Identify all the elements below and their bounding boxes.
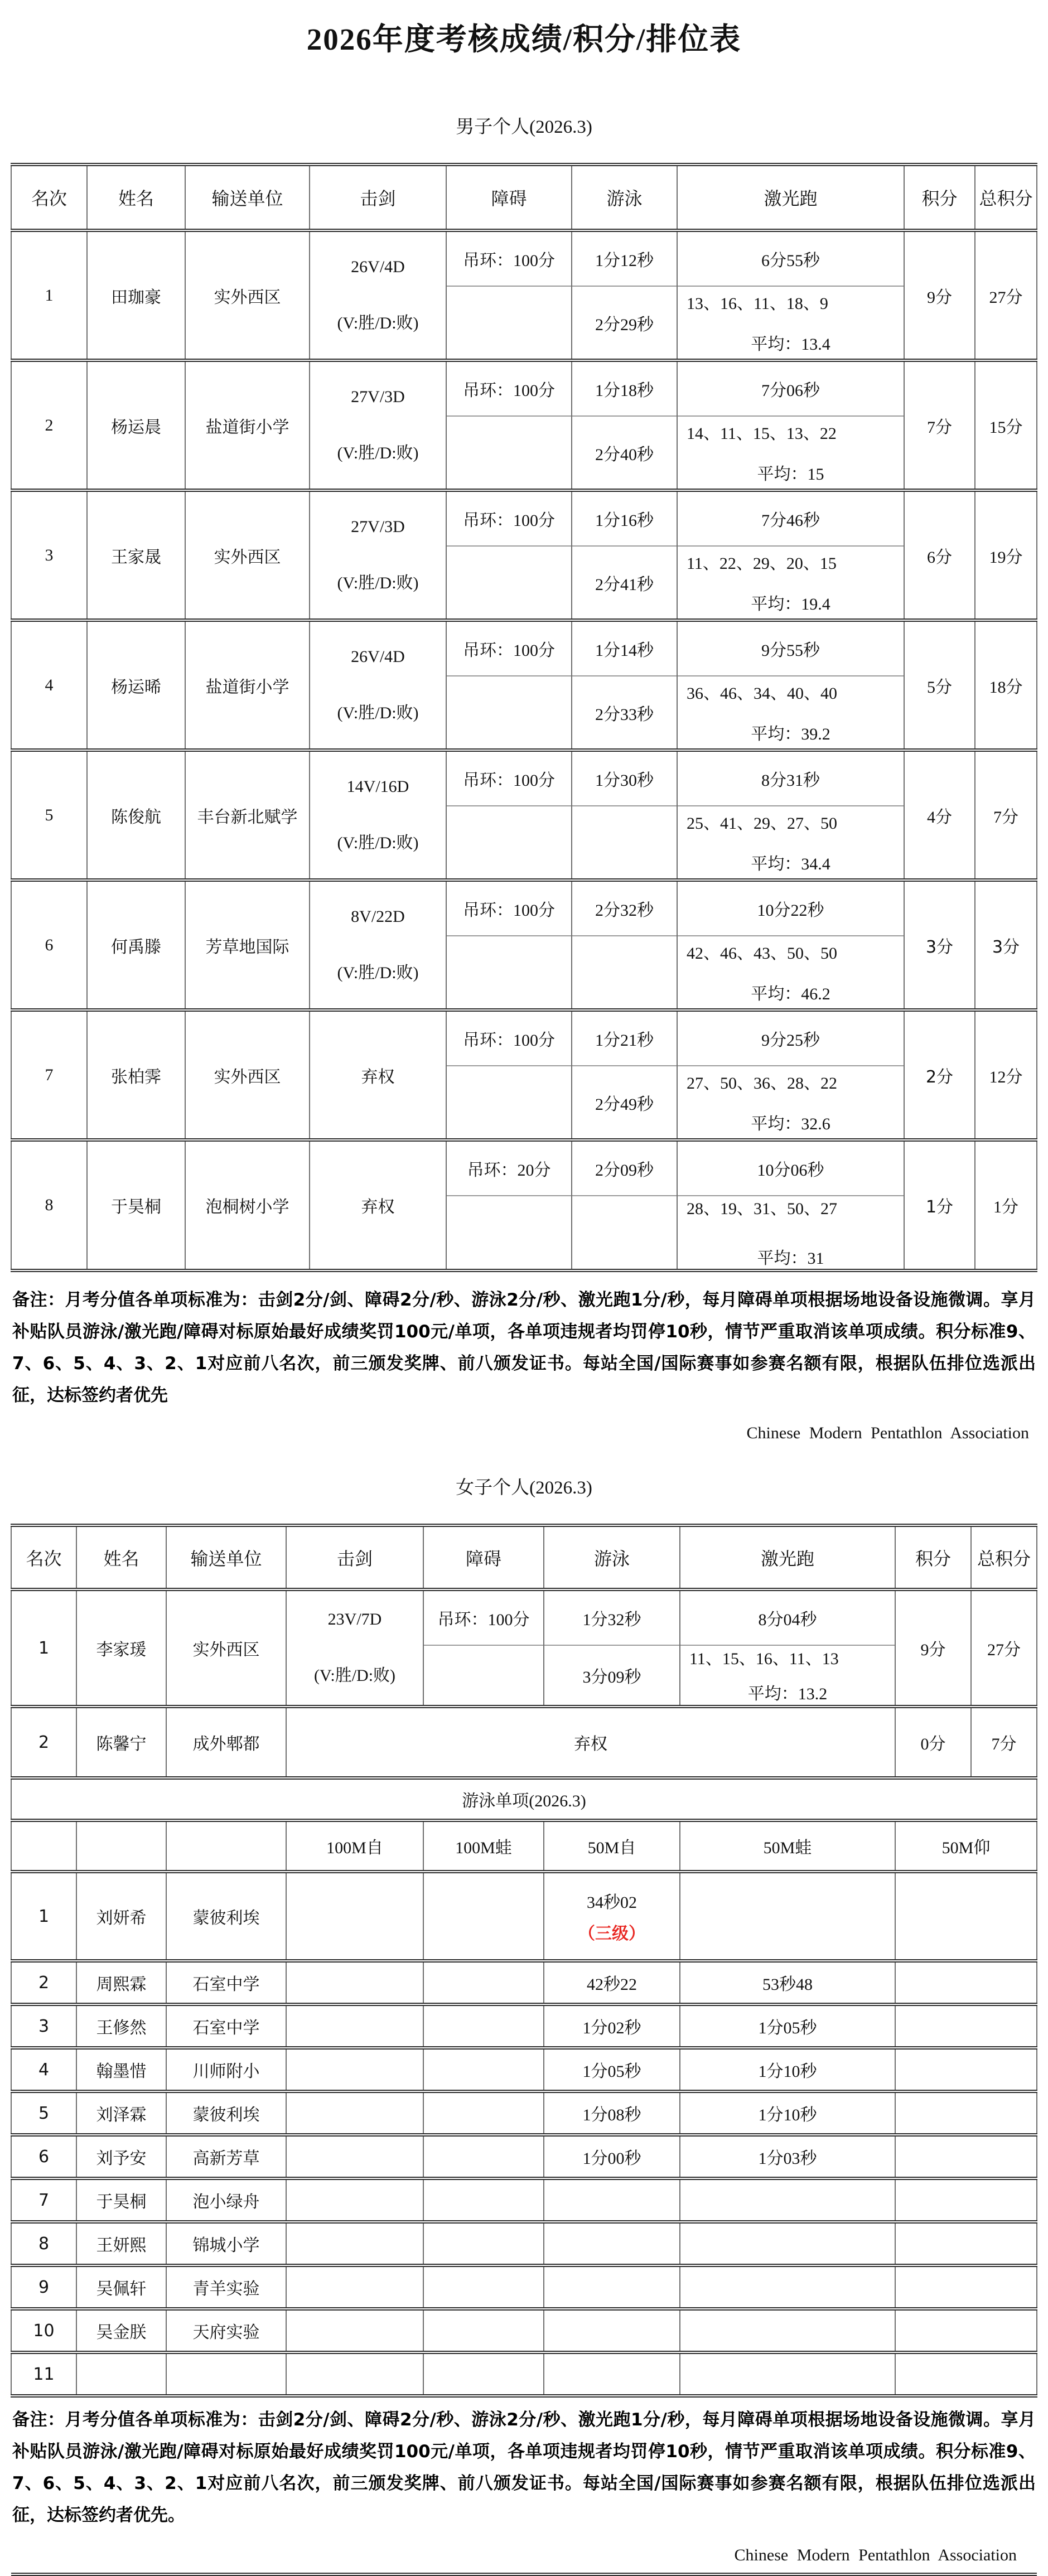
obstacle-cell: 吊环：100分 (446, 620, 572, 676)
table-row: 8 于昊桐 泡桐树小学 弃权 吊环：20分 2分09秒 10分06秒 1分 1分 (11, 1140, 1037, 1196)
empty-cell (11, 1820, 76, 1872)
rank-cell: 7 (11, 1010, 87, 1140)
association-signature: Chinese Modern Pentathlon Association (0, 1424, 1029, 1443)
unit-cell: 实外西区 (185, 230, 310, 360)
rank-cell: 10 (11, 2309, 76, 2352)
fencing-cell: 26V/4D(V:胜/D:败) (310, 620, 446, 750)
rank-cell: 11 (11, 2352, 76, 2396)
swim-free50-cell: 1分00秒 (544, 2135, 680, 2178)
total-points-cell: 18分 (975, 620, 1037, 750)
laser-scores: 28、19、31、50、27 (678, 1196, 904, 1222)
rank-cell: 4 (11, 620, 87, 750)
unit-cell: 丰台新北赋学 (185, 750, 310, 880)
name-cell: 吴佩轩 (76, 2265, 166, 2309)
obstacle-cell: 吊环：100分 (446, 880, 572, 936)
header-name: 姓名 (87, 165, 185, 230)
swim-breast50-cell (680, 2265, 895, 2309)
name-cell: 杨运晞 (87, 620, 185, 750)
laser-detail-cell: 42、46、43、50、50平均：46.2 (677, 936, 904, 1010)
fencing-note: (V:胜/D:败) (310, 309, 446, 334)
unit-cell: 青羊实验 (166, 2265, 286, 2309)
swim-back50-cell (895, 2265, 1037, 2309)
swim-100breast-cell (423, 2135, 544, 2178)
laser-scores: 36、46、34、40、40 (678, 681, 904, 707)
rank-cell: 5 (11, 750, 87, 880)
laser-time-cell: 10分06秒 (677, 1140, 904, 1196)
swim-100free-cell (286, 2048, 423, 2091)
swim-free50-cell (544, 2352, 680, 2396)
unit-cell (166, 2352, 286, 2396)
unit-cell: 实外西区 (185, 1010, 310, 1140)
obstacle-cell: 吊环：100分 (446, 360, 572, 416)
association-signature: Chinese Modern Pentathlon Association (12, 2546, 1017, 2567)
laser-average: 平均：19.4 (678, 590, 904, 615)
laser-scores: 14、11、15、13、22 (678, 421, 904, 447)
laser-detail-cell: 25、41、29、27、50平均：34.4 (677, 806, 904, 880)
name-cell: 刘妍希 (76, 1872, 166, 1961)
obstacle-sub-cell (446, 806, 572, 880)
laser-scores: 27、50、36、28、22 (678, 1071, 904, 1096)
unit-cell: 盐道街小学 (185, 360, 310, 490)
table-row: 7 张柏霁 实外西区 弃权 吊环：100分 1分21秒 9分25秒 2分 12分 (11, 1010, 1037, 1066)
swim-free50-cell: 34秒02（三级） (544, 1872, 680, 1961)
total-points-cell: 12分 (975, 1010, 1037, 1140)
name-cell: 张柏霁 (87, 1010, 185, 1140)
swim-free50-cell (544, 2222, 680, 2265)
unit-cell: 川师附小 (166, 2048, 286, 2091)
swim-free50-cell (544, 2265, 680, 2309)
points-cell: 6分 (904, 490, 975, 620)
table-row: 2 周熙霖 石室中学 42秒22 53秒48 (11, 1961, 1037, 2004)
header-100m-free: 100M自 (286, 1820, 423, 1872)
laser-time-cell: 7分06秒 (677, 360, 904, 416)
header-total-points: 总积分 (975, 165, 1037, 230)
table-row: 4 杨运晞 盐道街小学 26V/4D(V:胜/D:败) 吊环：100分 1分14… (11, 620, 1037, 676)
swim-100breast-cell (423, 2004, 544, 2048)
unit-cell: 锦城小学 (166, 2222, 286, 2265)
obstacle-sub-cell (446, 286, 572, 360)
swim-breast50-cell: 1分10秒 (680, 2091, 895, 2135)
swim-breast50-cell (680, 1872, 895, 1961)
rank-cell: 1 (11, 230, 87, 360)
laser-detail-cell: 11、22、29、20、15平均：19.4 (677, 546, 904, 620)
header-points: 积分 (895, 1525, 971, 1589)
unit-cell: 成外郫都 (166, 1707, 286, 1778)
women-section-subtitle: 女子个人(2026.3) (0, 1473, 1048, 1499)
fencing-note: (V:胜/D:败) (310, 699, 446, 723)
laser-time-cell: 10分22秒 (677, 880, 904, 936)
name-cell (76, 2352, 166, 2396)
laser-average: 平均：39.2 (678, 720, 904, 745)
laser-time-cell: 9分55秒 (677, 620, 904, 676)
swim-100breast-cell (423, 1872, 544, 1961)
table-row: 10 吴金朕 天府实验 (11, 2309, 1037, 2352)
swim-100breast-cell (423, 2048, 544, 2091)
fencing-cell: 27V/3D(V:胜/D:败) (310, 360, 446, 490)
rank-cell: 8 (11, 1140, 87, 1270)
laser-average: 平均：46.2 (678, 980, 904, 1004)
obstacle-sub-cell (446, 1196, 572, 1270)
swim-time-cell: 2分32秒 (572, 880, 677, 936)
name-cell: 于昊桐 (76, 2178, 166, 2222)
total-points-cell: 7分 (975, 750, 1037, 880)
header-swim: 游泳 (544, 1525, 680, 1589)
swim-100free-cell (286, 2004, 423, 2048)
total-points-cell: 27分 (975, 230, 1037, 360)
rank-cell: 8 (11, 2222, 76, 2265)
swim-back50-cell (895, 2309, 1037, 2352)
swim-second-time-cell: 2分41秒 (572, 546, 677, 620)
unit-cell: 实外西区 (166, 1589, 286, 1707)
name-cell: 李家瑗 (76, 1589, 166, 1707)
name-cell: 田珈豪 (87, 230, 185, 360)
obstacle-sub-cell (423, 1645, 544, 1707)
rank-cell: 3 (11, 490, 87, 620)
swim-100free-cell (286, 2265, 423, 2309)
name-cell: 吴金朕 (76, 2309, 166, 2352)
header-fencing: 击剑 (286, 1525, 423, 1589)
table-row: 11 (11, 2352, 1037, 2396)
laser-time-cell: 9分25秒 (677, 1010, 904, 1066)
swim-second-time-cell: 3分09秒 (544, 1645, 680, 1707)
swim-100breast-cell (423, 2222, 544, 2265)
table-row: 5 陈俊航 丰台新北赋学 14V/16D(V:胜/D:败) 吊环：100分 1分… (11, 750, 1037, 806)
header-50m-back: 50M仰 (895, 1820, 1037, 1872)
swim-second-time-cell (572, 806, 677, 880)
swim-back50-cell (895, 2135, 1037, 2178)
empty-cell (166, 1820, 286, 1872)
swim-100breast-cell (423, 1961, 544, 2004)
table-row: 1 刘妍希 蒙彼利埃 34秒02（三级） (11, 1872, 1037, 1961)
swim-100breast-cell (423, 2265, 544, 2309)
table-row: 8 王妍熙 锦城小学 (11, 2222, 1037, 2265)
rank-cell: 4 (11, 2048, 76, 2091)
swim-100free-cell (286, 2352, 423, 2396)
swim-time-cell: 1分14秒 (572, 620, 677, 676)
unit-cell: 蒙彼利埃 (166, 2091, 286, 2135)
header-unit: 输送单位 (185, 165, 310, 230)
laser-average: 平均：32.6 (678, 1110, 904, 1134)
points-cell: 5分 (904, 620, 975, 750)
rank-cell: 2 (11, 1707, 76, 1778)
laser-time-cell: 6分55秒 (677, 230, 904, 286)
swim-back50-cell (895, 1961, 1037, 2004)
swim-second-time-cell (572, 1196, 677, 1270)
swim-100breast-cell (423, 2178, 544, 2222)
header-unit: 输送单位 (166, 1525, 286, 1589)
rank-cell: 1 (11, 1872, 76, 1961)
swim-breast50-cell: 1分10秒 (680, 2048, 895, 2091)
rank-cell: 2 (11, 1961, 76, 2004)
fencing-cell: 27V/3D(V:胜/D:败) (310, 490, 446, 620)
table-row: 6 何禹滕 芳草地国际 8V/22D(V:胜/D:败) 吊环：100分 2分32… (11, 880, 1037, 936)
laser-detail-cell: 36、46、34、40、40平均：39.2 (677, 676, 904, 750)
unit-cell: 高新芳草 (166, 2135, 286, 2178)
name-cell: 何禹滕 (87, 880, 185, 1010)
points-cell: 9分 (904, 230, 975, 360)
unit-cell: 盐道街小学 (185, 620, 310, 750)
swim-free50-cell (544, 2178, 680, 2222)
points-cell: 9分 (895, 1589, 971, 1707)
swim-time-cell: 1分30秒 (572, 750, 677, 806)
rank-cell: 5 (11, 2091, 76, 2135)
swim-back50-cell (895, 2178, 1037, 2222)
fencing-cell: 弃权 (310, 1010, 446, 1140)
total-points-cell: 7分 (971, 1707, 1037, 1778)
fencing-cell: 23V/7D(V:胜/D:败) (286, 1589, 423, 1707)
obstacle-sub-cell (446, 416, 572, 490)
swim-free50-cell: 1分08秒 (544, 2091, 680, 2135)
laser-average: 平均：13.2 (680, 1680, 895, 1704)
header-total-points: 总积分 (971, 1525, 1037, 1589)
rank-cell: 7 (11, 2178, 76, 2222)
swim-breast50-cell: 1分03秒 (680, 2135, 895, 2178)
table-row: 7 于昊桐 泡小绿舟 (11, 2178, 1037, 2222)
swim-free50-cell: 1分05秒 (544, 2048, 680, 2091)
swim-free50-cell: 1分02秒 (544, 2004, 680, 2048)
rank-cell: 6 (11, 880, 87, 1010)
laser-time-cell: 8分31秒 (677, 750, 904, 806)
unit-cell: 天府实验 (166, 2309, 286, 2352)
swim-free50-cell (544, 2309, 680, 2352)
laser-average: 平均：15 (678, 460, 904, 485)
points-cell: 1分 (904, 1140, 975, 1270)
swim-back50-cell (895, 2222, 1037, 2265)
swim-second-time-cell: 2分49秒 (572, 1066, 677, 1140)
bottom-remark-block: 备注：月考分值各单项标准为：击剑2分/剑、障碍2分/秒、游泳2分/秒、激光跑1分… (11, 2398, 1037, 2576)
swim-back50-cell (895, 2004, 1037, 2048)
women-results-table: 名次 姓名 输送单位 击剑 障碍 游泳 激光跑 积分 总积分 1 李家瑗 实外西… (11, 1524, 1037, 2398)
laser-detail-cell: 27、50、36、28、22平均：32.6 (677, 1066, 904, 1140)
name-cell: 王修然 (76, 2004, 166, 2048)
rank-cell: 1 (11, 1589, 76, 1707)
header-rank: 名次 (11, 1525, 76, 1589)
header-name: 姓名 (76, 1525, 166, 1589)
rank-cell: 6 (11, 2135, 76, 2178)
swim-100breast-cell (423, 2309, 544, 2352)
header-fencing: 击剑 (310, 165, 446, 230)
unit-cell: 石室中学 (166, 1961, 286, 2004)
fencing-cell: 26V/4D(V:胜/D:败) (310, 230, 446, 360)
obstacle-cell: 吊环：100分 (446, 750, 572, 806)
total-points-cell: 3分 (975, 880, 1037, 1010)
table-row: 5 刘泽霖 蒙彼利埃 1分08秒 1分10秒 (11, 2091, 1037, 2135)
rank-cell: 3 (11, 2004, 76, 2048)
swim-100free-cell (286, 2091, 423, 2135)
swim-time-cell: 1分21秒 (572, 1010, 677, 1066)
fencing-note: (V:胜/D:败) (310, 439, 446, 463)
laser-time-cell: 8分04秒 (680, 1589, 895, 1645)
header-swim: 游泳 (572, 165, 677, 230)
name-cell: 陈馨宁 (76, 1707, 166, 1778)
swim-free50-cell: 42秒22 (544, 1961, 680, 2004)
fencing-cell: 8V/22D(V:胜/D:败) (310, 880, 446, 1010)
unit-cell: 实外西区 (185, 490, 310, 620)
bottom-remark: 备注：月考分值各单项标准为：击剑2分/剑、障碍2分/秒、游泳2分/秒、激光跑1分… (12, 2404, 1036, 2531)
swim-second-time-cell: 2分33秒 (572, 676, 677, 750)
swim-breast50-cell: 1分05秒 (680, 2004, 895, 2048)
men-header-row: 名次 姓名 输送单位 击剑 障碍 游泳 激光跑 积分 总积分 (11, 165, 1037, 230)
women-header-row: 名次 姓名 输送单位 击剑 障碍 游泳 激光跑 积分 总积分 (11, 1525, 1037, 1589)
obstacle-sub-cell (446, 546, 572, 620)
obstacle-sub-cell (446, 676, 572, 750)
table-row: 4 翰墨惜 川师附小 1分05秒 1分10秒 (11, 2048, 1037, 2091)
swim-breast50-cell (680, 2309, 895, 2352)
points-cell: 4分 (904, 750, 975, 880)
laser-scores: 13、16、11、18、9 (678, 291, 904, 317)
table-row: 6 刘予安 高新芳草 1分00秒 1分03秒 (11, 2135, 1037, 2178)
header-laser: 激光跑 (677, 165, 904, 230)
header-points: 积分 (904, 165, 975, 230)
page-title: 2026年度考核成绩/积分/排位表 (0, 0, 1048, 59)
name-cell: 王妍熙 (76, 2222, 166, 2265)
swim-100breast-cell (423, 2352, 544, 2396)
header-100m-breast: 100M蛙 (423, 1820, 544, 1872)
swim-time-cell: 1分16秒 (572, 490, 677, 546)
swim-header-row: 100M自 100M蛙 50M自 50M蛙 50M仰 (11, 1820, 1037, 1872)
name-cell: 周熙霖 (76, 1961, 166, 2004)
fencing-cell: 弃权 (310, 1140, 446, 1270)
obstacle-cell: 吊环：20分 (446, 1140, 572, 1196)
table-row: 2 陈馨宁 成外郫都 弃权 0分 7分 (11, 1707, 1037, 1778)
points-cell: 2分 (904, 1010, 975, 1140)
name-cell: 杨运晨 (87, 360, 185, 490)
fencing-note: (V:胜/D:败) (287, 1661, 423, 1686)
swim-back50-cell (895, 2091, 1037, 2135)
table-row: 3 王家晟 实外西区 27V/3D(V:胜/D:败) 吊环：100分 1分16秒… (11, 490, 1037, 546)
unit-cell: 泡桐树小学 (185, 1140, 310, 1270)
laser-time-cell: 7分46秒 (677, 490, 904, 546)
laser-detail-cell: 14、11、15、13、22平均：15 (677, 416, 904, 490)
header-rank: 名次 (11, 165, 87, 230)
total-points-cell: 27分 (971, 1589, 1037, 1707)
laser-detail-cell: 11、15、16、11、13平均：13.2 (680, 1645, 895, 1707)
table-row: 1 田珈豪 实外西区 26V/4D(V:胜/D:败) 吊环：100分 1分12秒… (11, 230, 1037, 286)
points-cell: 0分 (895, 1707, 971, 1778)
table-row: 1 李家瑗 实外西区 23V/7D(V:胜/D:败) 吊环：100分 1分32秒… (11, 1589, 1037, 1645)
swim-second-time-cell (572, 936, 677, 1010)
fencing-note: (V:胜/D:败) (310, 829, 446, 853)
unit-cell: 泡小绿舟 (166, 2178, 286, 2222)
swim-time-cell: 2分09秒 (572, 1140, 677, 1196)
header-obstacle: 障碍 (423, 1525, 544, 1589)
laser-detail-cell: 13、16、11、18、9平均：13.4 (677, 286, 904, 360)
grade-badge: （三级） (544, 1920, 679, 1944)
laser-scores: 25、41、29、27、50 (678, 811, 904, 837)
swim-100free-cell (286, 2222, 423, 2265)
swim-100free-cell (286, 2309, 423, 2352)
forfeit-cell: 弃权 (286, 1707, 895, 1778)
swim-back50-cell (895, 2352, 1037, 2396)
laser-scores: 11、15、16、11、13 (680, 1646, 895, 1672)
swim-second-time-cell: 2分40秒 (572, 416, 677, 490)
swim-100breast-cell (423, 2091, 544, 2135)
table-row: 3 王修然 石室中学 1分02秒 1分05秒 (11, 2004, 1037, 2048)
unit-cell: 芳草地国际 (185, 880, 310, 1010)
swim-time-cell: 1分12秒 (572, 230, 677, 286)
swim-second-time-cell: 2分29秒 (572, 286, 677, 360)
swim-back50-cell (895, 2048, 1037, 2091)
swim-100free-cell (286, 2135, 423, 2178)
swim-time-cell: 1分18秒 (572, 360, 677, 416)
header-50m-breast: 50M蛙 (680, 1820, 895, 1872)
table-row: 9 吴佩轩 青羊实验 (11, 2265, 1037, 2309)
swim-section-title-row: 游泳单项(2026.3) (11, 1778, 1037, 1820)
name-cell: 刘泽霖 (76, 2091, 166, 2135)
laser-detail-cell: 28、19、31、50、27平均：31 (677, 1196, 904, 1270)
men-results-table: 名次 姓名 输送单位 击剑 障碍 游泳 激光跑 积分 总积分 1 田珈豪 实外西… (11, 163, 1037, 1272)
obstacle-cell: 吊环：100分 (446, 490, 572, 546)
total-points-cell: 15分 (975, 360, 1037, 490)
fencing-note: (V:胜/D:败) (310, 959, 446, 983)
rank-cell: 9 (11, 2265, 76, 2309)
rank-cell: 2 (11, 360, 87, 490)
laser-average: 平均：31 (678, 1244, 904, 1269)
total-points-cell: 19分 (975, 490, 1037, 620)
men-section-subtitle: 男子个人(2026.3) (0, 112, 1048, 138)
name-cell: 于昊桐 (87, 1140, 185, 1270)
swim-100free-cell (286, 1872, 423, 1961)
points-cell: 3分 (904, 880, 975, 1010)
swim-back50-cell (895, 1872, 1037, 1961)
swim-100free-cell (286, 1961, 423, 2004)
table-row: 2 杨运晨 盐道街小学 27V/3D(V:胜/D:败) 吊环：100分 1分18… (11, 360, 1037, 416)
laser-average: 平均：34.4 (678, 850, 904, 874)
swim-breast50-cell (680, 2352, 895, 2396)
empty-cell (76, 1820, 166, 1872)
obstacle-cell: 吊环：100分 (446, 1010, 572, 1066)
obstacle-cell: 吊环：100分 (423, 1589, 544, 1645)
name-cell: 翰墨惜 (76, 2048, 166, 2091)
fencing-note: (V:胜/D:败) (310, 569, 446, 593)
swim-breast50-cell: 53秒48 (680, 1961, 895, 2004)
laser-scores: 11、22、29、20、15 (678, 551, 904, 577)
swim-section-title: 游泳单项(2026.3) (11, 1778, 1037, 1820)
unit-cell: 石室中学 (166, 2004, 286, 2048)
men-remark: 备注：月考分值各单项标准为：击剑2分/剑、障碍2分/秒、游泳2分/秒、激光跑1分… (12, 1284, 1036, 1412)
header-laser: 激光跑 (680, 1525, 895, 1589)
fencing-cell: 14V/16D(V:胜/D:败) (310, 750, 446, 880)
obstacle-sub-cell (446, 936, 572, 1010)
laser-scores: 42、46、43、50、50 (678, 941, 904, 966)
laser-average: 平均：13.4 (678, 330, 904, 355)
points-cell: 7分 (904, 360, 975, 490)
obstacle-sub-cell (446, 1066, 572, 1140)
obstacle-cell: 吊环：100分 (446, 230, 572, 286)
swim-breast50-cell (680, 2222, 895, 2265)
unit-cell: 蒙彼利埃 (166, 1872, 286, 1961)
swim-breast50-cell (680, 2178, 895, 2222)
swim-100free-cell (286, 2178, 423, 2222)
header-obstacle: 障碍 (446, 165, 572, 230)
name-cell: 王家晟 (87, 490, 185, 620)
name-cell: 陈俊航 (87, 750, 185, 880)
total-points-cell: 1分 (975, 1140, 1037, 1270)
swim-time-cell: 1分32秒 (544, 1589, 680, 1645)
header-50m-free: 50M自 (544, 1820, 680, 1872)
name-cell: 刘予安 (76, 2135, 166, 2178)
